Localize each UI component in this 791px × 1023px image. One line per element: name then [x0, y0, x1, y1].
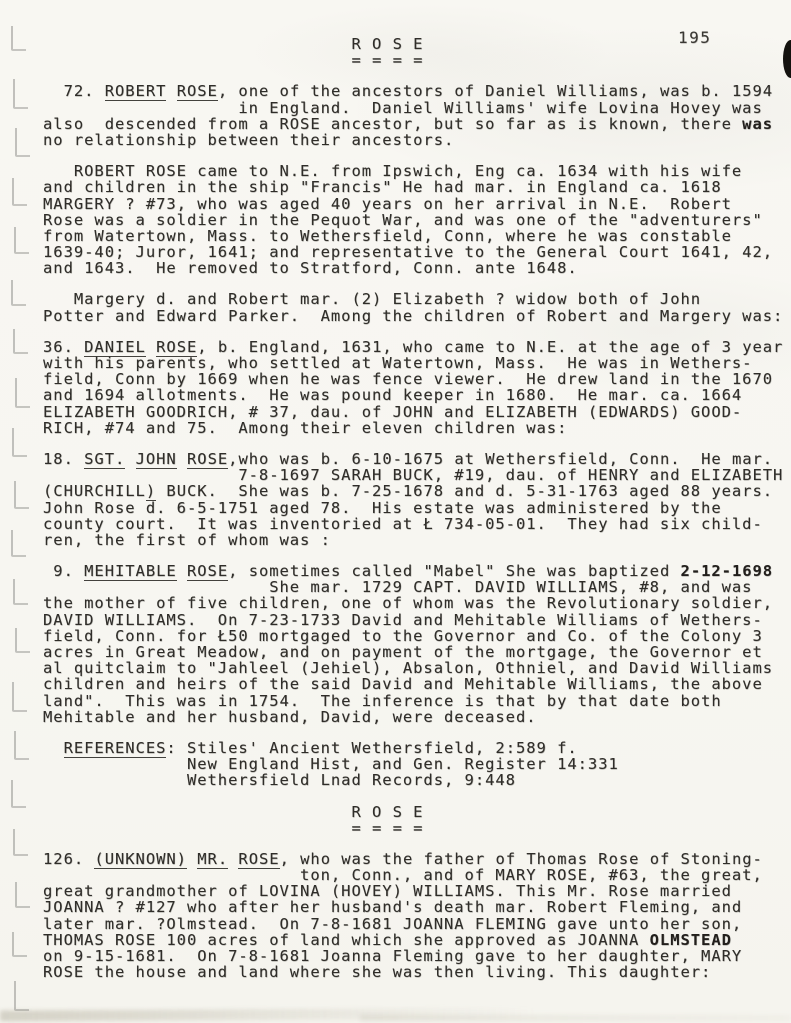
text-line: New England Hist, and Gen. Register 14:3… [43, 756, 791, 772]
entry-18-sgt-john-rose: 18. SGT. JOHN ROSE,who was b. 6-10-1675 … [43, 451, 791, 548]
entry-126-unknown-mr-rose: 126. (UNKNOWN) MR. ROSE, who was the fat… [43, 851, 791, 981]
text-line: on 9-15-1681. On 7-8-1681 Joanna Fleming… [43, 948, 791, 964]
bottom-smudge [0, 1008, 565, 1022]
text-line: the mother of five children, one of whom… [43, 595, 791, 611]
text-line: great grandmother of LOVINA (HOVEY) WILL… [43, 883, 791, 899]
text-line: county court. It was inventoried at Ł 73… [43, 516, 791, 532]
typewritten-text: R O S E = = = = 72. ROBERT ROSE, one of … [43, 36, 791, 995]
text-line: ROSE the house and land where she was th… [43, 964, 791, 980]
text-line: and 1694 allotments. He was pound keeper… [43, 387, 791, 403]
bottom-smudge-secondary [360, 1015, 791, 1021]
binding-mark [15, 378, 30, 408]
text-line: THOMAS ROSE 100 acres of land which she … [43, 932, 791, 948]
text-line: from Watertown, Mass. to Wethersfield, C… [43, 228, 791, 244]
binding-mark [12, 682, 27, 712]
para-robert-rose-came-to-ne: ROBERT ROSE came to N.E. from Ipswich, E… [43, 163, 791, 276]
text-line: = = = = [43, 52, 791, 68]
text-line: Rose was a soldier in the Pequot War, an… [43, 212, 791, 228]
binding-mark [12, 428, 27, 457]
binding-mark [13, 329, 28, 354]
text-line: and children in the ship "Francis" He ha… [43, 179, 791, 195]
text-line: REFERENCES: Stiles' Ancient Wethersfield… [43, 740, 791, 756]
text-line: JOANNA ? #127 who after her husband's de… [43, 899, 791, 915]
entry-9-mehitable-rose: 9. MEHITABLE ROSE, sometimes called "Mab… [43, 563, 791, 725]
text-line: (CHURCHILL) BUCK. She was b. 7-25-1678 a… [43, 483, 791, 499]
document-page: 195 R O S E = = = = 72. ROBERT ROSE, one… [0, 0, 791, 1023]
text-line: Wethersfield Lnad Records, 9:448 [43, 772, 791, 788]
text-line: ren, the first of whom was : [43, 532, 791, 548]
entry-72-robert-rose: 72. ROBERT ROSE, one of the ancestors of… [43, 83, 791, 148]
binding-mark [11, 26, 26, 51]
text-line: in England. Daniel Williams' wife Lovina… [43, 100, 791, 116]
text-line: Potter and Edward Parker. Among the chil… [43, 308, 791, 324]
text-line: John Rose d. 6-5-1751 aged 78. His estat… [43, 500, 791, 516]
page-heading-rose: R O S E = = = = [43, 36, 791, 68]
binding-mark [13, 829, 28, 856]
text-line: also descended from a ROSE ancestor, but… [43, 116, 791, 132]
text-line: field, Conn by 1669 when he was fence vi… [43, 371, 791, 387]
right-edge-ink-blob [783, 40, 791, 78]
binding-mark [13, 579, 28, 605]
text-line: al quitclaim to "Jahleel (Jehiel), Absal… [43, 660, 791, 676]
text-line: 36. DANIEL ROSE, b. England, 1631, who c… [43, 339, 791, 355]
page-heading-rose-2: R O S E = = = = [43, 804, 791, 836]
references: REFERENCES: Stiles' Ancient Wethersfield… [43, 740, 791, 789]
binding-mark [11, 280, 26, 306]
text-line: acres in Great Meadow, and on payment of… [43, 644, 791, 660]
text-line: with his parents, who settled at Waterto… [43, 355, 791, 371]
text-line: 18. SGT. JOHN ROSE,who was b. 6-10-1675 … [43, 451, 791, 467]
text-line: field, Conn. for Ł50 mortgaged to the Go… [43, 628, 791, 644]
text-line: 9. MEHITABLE ROSE, sometimes called "Mab… [43, 563, 791, 579]
binding-mark [14, 227, 29, 254]
text-line: no relationship between their ancestors. [43, 132, 791, 148]
text-line: = = = = [43, 820, 791, 836]
para-margery-died: Margery d. and Robert mar. (2) Elizabeth… [43, 291, 791, 323]
binding-mark [14, 981, 29, 1011]
text-line: RICH, #74 and 75. Among their eleven chi… [43, 420, 791, 436]
text-line: R O S E [43, 36, 791, 52]
binding-mark [12, 178, 27, 206]
binding-mark [14, 481, 29, 509]
text-line: 126. (UNKNOWN) MR. ROSE, who was the fat… [43, 851, 791, 867]
binding-mark [15, 882, 30, 908]
text-line: She mar. 1729 CAPT. DAVID WILLIAMS, #8, … [43, 579, 791, 595]
text-line: R O S E [43, 804, 791, 820]
text-line: 1639-40; Juror, 1641; and representative… [43, 244, 791, 260]
binding-mark [13, 79, 28, 109]
entry-36-daniel-rose: 36. DANIEL ROSE, b. England, 1631, who c… [43, 339, 791, 436]
binding-mark [11, 780, 26, 808]
binding-mark [11, 530, 26, 557]
binding-mark [15, 628, 30, 653]
text-line: ELIZABETH GOODRICH, # 37, dau. of JOHN a… [43, 404, 791, 420]
text-line: 7-8-1697 SARAH BUCK, #19, dau. of HENRY … [43, 467, 791, 483]
text-line: later mar. ?Olmstead. On 7-8-1681 JOANNA… [43, 916, 791, 932]
text-line: children and heirs of the said David and… [43, 676, 791, 692]
text-line: and 1643. He removed to Stratford, Conn.… [43, 260, 791, 276]
text-line: DAVID WILLIAMS. On 7-23-1733 David and M… [43, 612, 791, 628]
text-line: ROBERT ROSE came to N.E. from Ipswich, E… [43, 163, 791, 179]
text-line: MARGERY ? #73, who was aged 40 years on … [43, 196, 791, 212]
text-line: Margery d. and Robert mar. (2) Elizabeth… [43, 291, 791, 307]
binding-mark [15, 128, 30, 157]
binding-mark [14, 731, 29, 760]
text-line: Mehitable and her husband, David, were d… [43, 709, 791, 725]
text-line: 72. ROBERT ROSE, one of the ancestors of… [43, 83, 791, 99]
binding-mark [12, 932, 27, 957]
text-line: land". This was in 1754. The inference i… [43, 693, 791, 709]
text-line: ton, Conn., and of MARY ROSE, #63, the g… [43, 867, 791, 883]
